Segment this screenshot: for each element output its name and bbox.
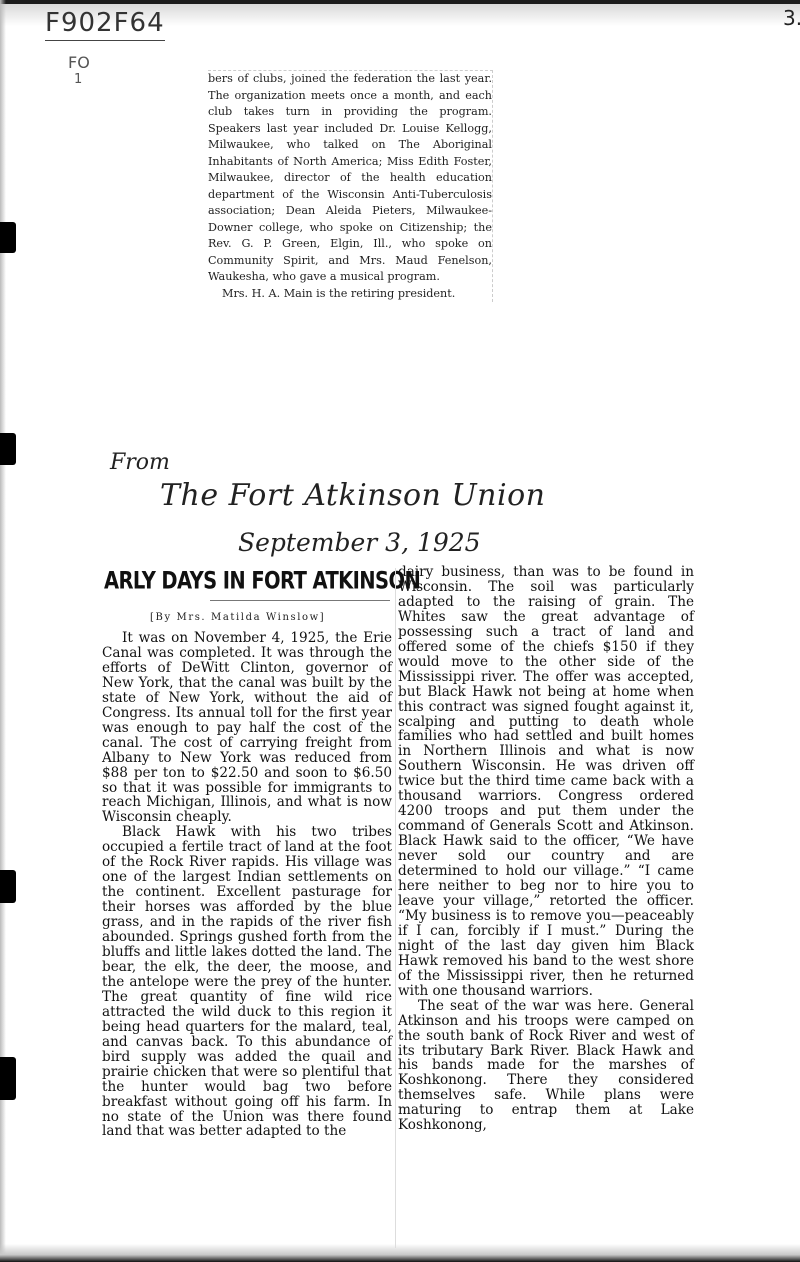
article-column-left: It was on November 4, 1925, the Erie Can… — [102, 631, 392, 1139]
upper-clipping-paragraph: Mrs. H. A. Main is the retiring presiden… — [208, 286, 492, 303]
headline-rule — [210, 600, 390, 601]
upper-clipping-paragraph: bers of clubs, joined the federation the… — [208, 71, 492, 286]
call-number: F902F64 — [45, 8, 165, 41]
binder-hole-mark — [0, 433, 16, 465]
source-date: September 3, 1925 — [238, 528, 481, 557]
upper-clipping: bers of clubs, joined the federation the… — [208, 70, 493, 302]
article-column-right: dairy business, than was to be found in … — [398, 565, 694, 1133]
article-paragraph: The seat of the war was here. General At… — [398, 999, 694, 1134]
sub-mark: FO 1 — [68, 54, 90, 88]
article-paragraph: It was on November 4, 1925, the Erie Can… — [102, 631, 392, 825]
sub-mark-line-2: 1 — [68, 71, 90, 88]
source-from-label: From — [110, 450, 170, 475]
article-paragraph: dairy business, than was to be found in … — [398, 565, 694, 999]
article-paragraph: Black Hawk with his two tribes occupied … — [102, 825, 392, 1139]
sub-mark-line-1: FO — [68, 54, 90, 71]
binder-hole-mark — [0, 222, 16, 253]
scan-top-border — [0, 0, 800, 4]
binder-hole-mark — [0, 1057, 16, 1100]
scan-bottom-edge — [0, 1244, 800, 1262]
binder-hole-mark — [0, 870, 16, 903]
source-newspaper-name: The Fort Atkinson Union — [160, 478, 545, 513]
page-number: 3. — [783, 6, 800, 30]
article-byline: [By Mrs. Matilda Winslow] — [150, 612, 325, 623]
article-headline: ARLY DAYS IN FORT ATKINSON — [104, 566, 392, 595]
column-divider — [395, 568, 396, 1248]
